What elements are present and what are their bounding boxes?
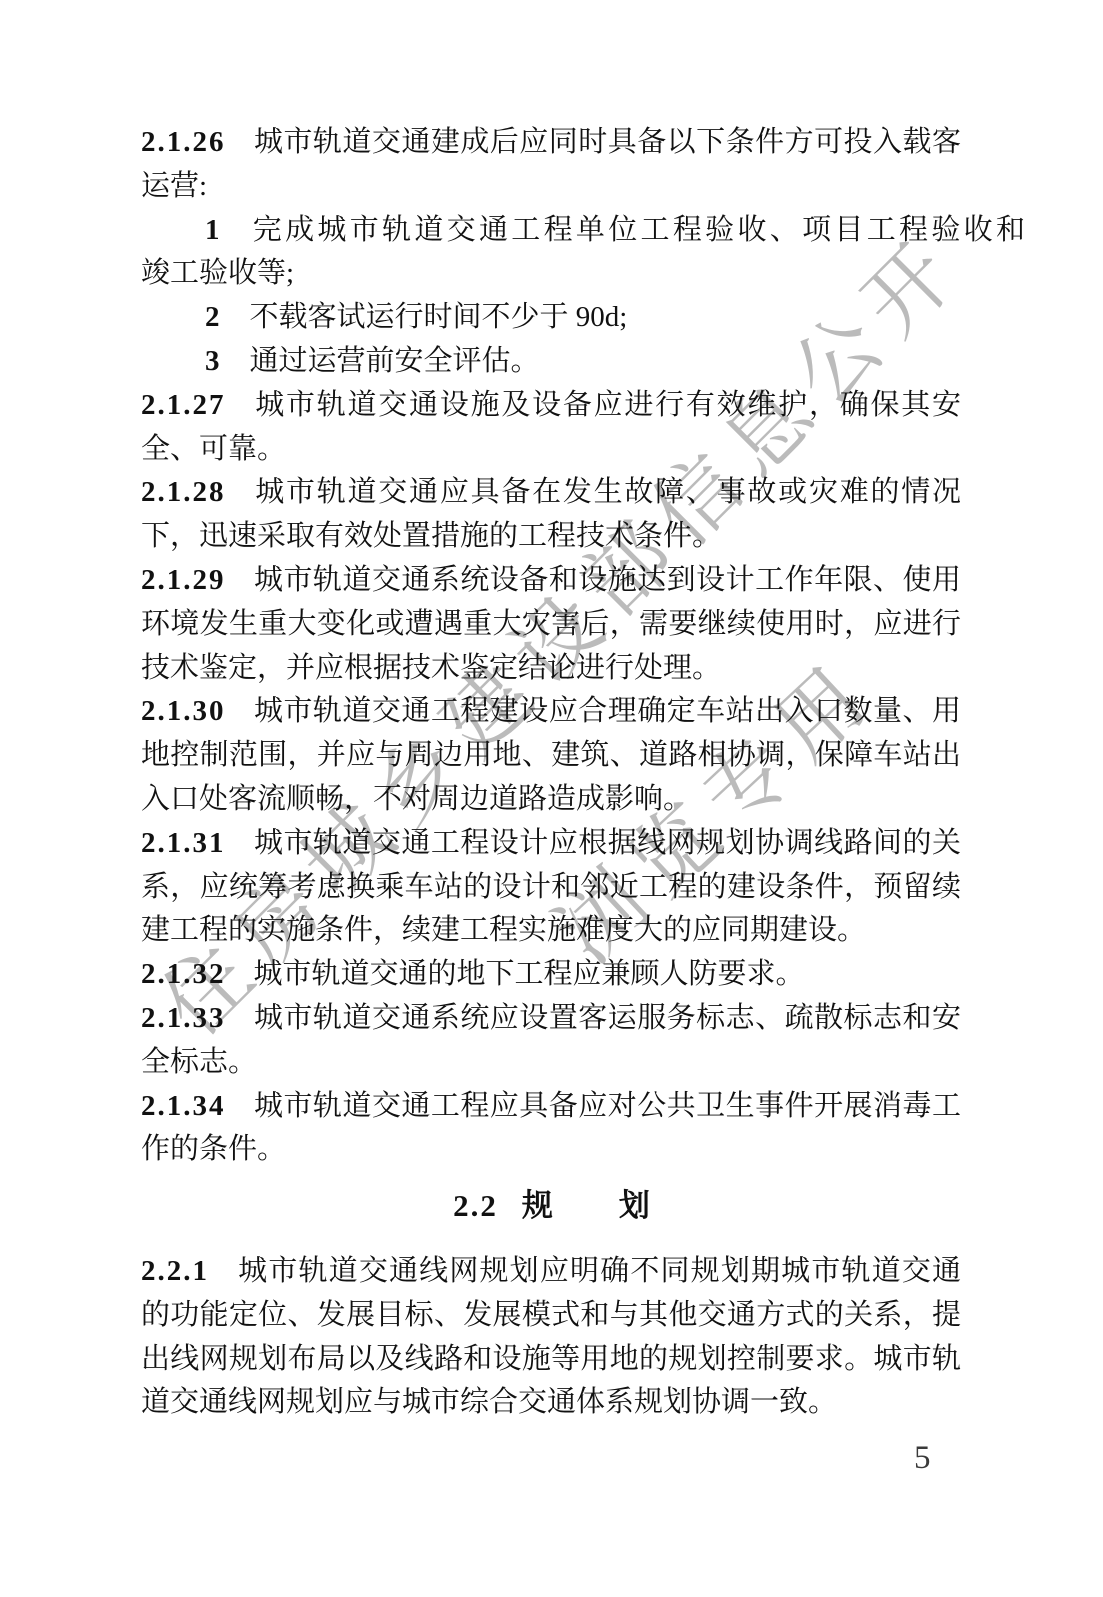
planning-section: 2.2.1城市轨道交通线网规划应明确不同规划期城市轨道交通的功能定位、发展目标、… (141, 0, 961, 1597)
text-line: 2.2.1城市轨道交通线网规划应明确不同规划期城市轨道交通 (141, 1250, 961, 1294)
clause-text: 城市轨道交通线网规划应明确不同规划期城市轨道交通 (237, 1255, 961, 1287)
clause-text: 的功能定位、发展目标、发展模式和与其他交通方式的关系，提 (141, 1299, 961, 1331)
text-line: 出线网规划布局以及线路和设施等用地的规划控制要求。城市轨 (141, 1338, 961, 1382)
clause-text: 出线网规划布局以及线路和设施等用地的规划控制要求。城市轨 (141, 1343, 961, 1375)
text-line: 道交通线网规划应与城市综合交通体系规划协调一致。 (141, 1381, 961, 1425)
page-number: 5 (914, 1438, 931, 1478)
document-page: 住房城乡建设部信息公开 浏览专用 2.1.26城市轨道交通建成后应同时具备以下条… (0, 0, 1103, 1597)
document-text-layer: 2.1.26城市轨道交通建成后应同时具备以下条件方可投入载客运营:1完成城市轨道… (0, 0, 1103, 1597)
text-line: 的功能定位、发展目标、发展模式和与其他交通方式的关系，提 (141, 1294, 961, 1338)
clause-text: 道交通线网规划应与城市综合交通体系规划协调一致。 (141, 1386, 837, 1418)
clause-number: 2.2.1 (141, 1255, 209, 1287)
